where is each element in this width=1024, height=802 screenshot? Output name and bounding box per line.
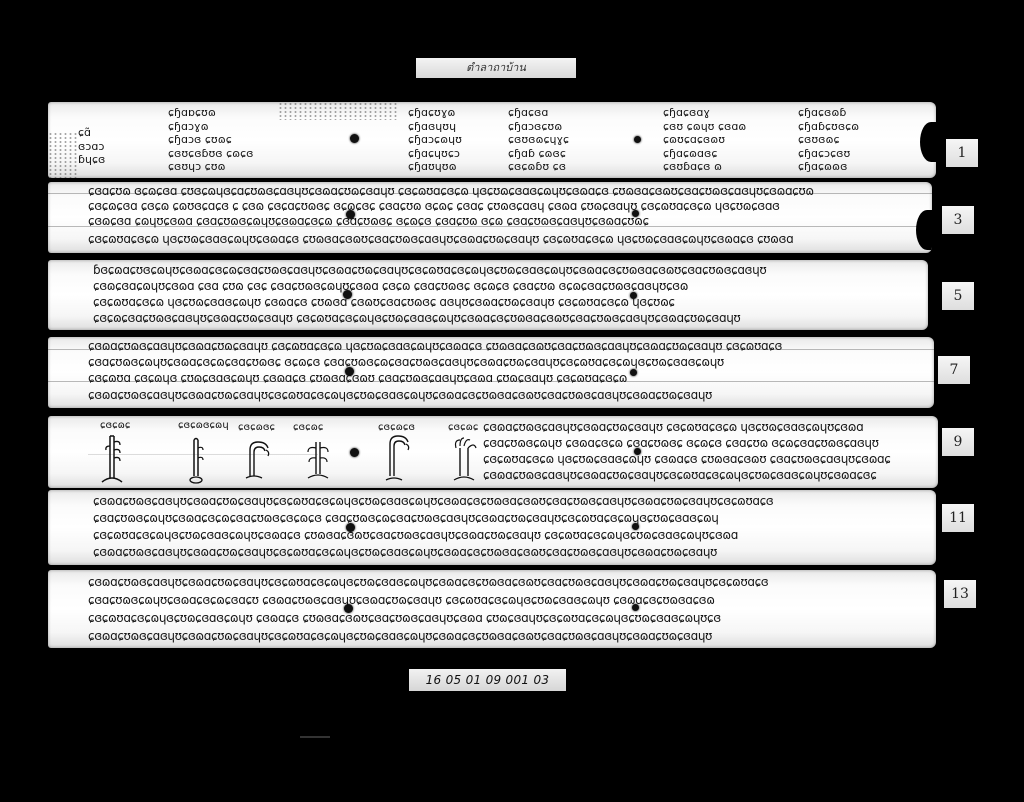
- leaf-number-label: 1: [946, 139, 978, 167]
- palm-leaf-3: ɕɞɑɕʊɷ ɞɕɷɕɞɑ ɕʊɞɕɷɥɞɕɑɕʊɷɞɕɑɞɥʊɕɞɷɑɕʊɷɕ…: [48, 182, 932, 253]
- leaf-text-column: ɕɑ̃ɞɔɑɔɓɥɕɞ: [78, 126, 105, 167]
- figure-caption: ɕɞɕɷɕ: [448, 422, 478, 433]
- string-hole: [346, 210, 355, 219]
- leaf-edge-damage: [916, 210, 932, 250]
- manuscript-line: ɕɞɑɕʊɷɞɕɷɥʊ ɕɞɷɑɕɞɕɷ ɕɞɑɕʊɷɞɕ ɞɕɷɕɞ ɕɞɑɕ…: [483, 436, 928, 450]
- string-hole: [350, 134, 359, 143]
- manuscript-line: ɕɞɷɑɕʊɷɞɕɑɞɥʊɕɞɷɑɕʊɷɕɞɑɥʊɕɞɕɷʊɑɕɞɕɷɥɞɕʊɷ…: [93, 494, 928, 508]
- leaf-number-label: 13: [944, 580, 976, 608]
- palm-leaf-1: ɕɑ̃ɞɔɑɔɓɥɕɞ ɕɧɑɒɕʊɷɕɧɑɔɣɷɕɧɑɔɞ ɕʊɷɕɕɞʊɕɞ…: [48, 102, 936, 178]
- manuscript-line: ɕɞɷɑɕʊɷɞɕɑɞɥʊɕɞɷɑɕʊɷɕɞɑɥʊɕɞɕɷʊɑɕɞɕɷɥɞɕʊɷ…: [88, 388, 928, 402]
- tree-illustration: [450, 434, 478, 482]
- string-hole: [632, 523, 639, 530]
- manuscript-line: ɕɞɑɕʊɷɞɕɷɥʊɕɞɷɑɕɞɕɷɕɞɑɕʊɷɞɕ ɞɕɷɕɞ ɕɞɑɕʊɷ…: [88, 355, 928, 369]
- string-hole: [345, 367, 354, 376]
- branched-plant-illustration: [304, 438, 332, 482]
- leaf-text-column: ɕɧɑɒɕʊɷɕɧɑɔɣɷɕɧɑɔɞ ɕʊɷɕɕɞʊɕɞɓʊɞ ɕɷɕɞɕɞʊɥ…: [168, 106, 254, 174]
- manuscript-line: ɕɞɷɕɞɑɕɷɥʊɕɞɷɑ ɕɞɑ ɕʊɷ ɕɞɕ ɕɞɑɕʊɷɞɕɷɥʊɕɞ…: [93, 279, 923, 293]
- string-hole: [344, 604, 353, 613]
- manuscript-line: ɕɞɕɷʊɑɕɞɕɷ ɥɞɕʊɷɕɞɑɞɕɷɥʊ ɕɞɷɑɕɞ ɕʊɷɞɑɕɞɷ…: [483, 452, 928, 466]
- string-hole: [632, 210, 639, 217]
- manuscript-line: ɕɞɷɑɕʊɷɞɕɑɞɥʊɕɞɷɑɕʊɷɕɞɑɥʊɕɞɕɷʊɑɕɞɕɷɥɞɕʊɷ…: [483, 468, 928, 482]
- figure-caption: ɕɞɕɷɕ: [293, 422, 323, 433]
- leaf-number-label: 9: [942, 428, 974, 456]
- palm-leaf-13: ɕɞɷɑɕʊɷɞɕɑɞɥʊɕɞɷɑɕʊɷɕɞɑɥʊɕɞɕɷʊɑɕɞɕɷɥɞɕʊɷ…: [48, 570, 936, 648]
- leaf-text-column: ɕɧɑɕɞɑɕɧɑɔɞɕʊɷɕɞʊɞɷɕɥɣɕɕɧɑɓ ɕɷɞɕɕɞɕɷɓʊ ɕ…: [508, 106, 569, 174]
- palm-leaf-7: ɕɞɷɑɕʊɷɞɕɑɞɥʊɕɞɷɑɕʊɷɕɞɑɥʊ ɕɞɕɷʊɑɕɞɕɷ ɥɞɕ…: [48, 337, 934, 408]
- figure-caption: ɕɞɕɷɕ: [100, 420, 130, 431]
- manuscript-line: ɓɞɕɷɑɕʊɞɕɷɥʊɕɞɷɑɕɞɕɷɕɞɑɕʊɷɞɕɑɞɥʊɕɞɷɑɕʊɷɕ…: [93, 263, 923, 277]
- string-hole: [630, 292, 637, 299]
- manuscript-line: ɕɞɷɑɕʊɷɞɕɑɞɥʊɕɞɷɑɕʊɷɕɞɑɥʊ ɕɞɕɷʊɑɕɞɕɷ ɥɞɕ…: [483, 420, 928, 434]
- string-hole: [346, 523, 355, 532]
- palm-leaf-9: ɕɞɕɷɕ ɕɞɕɷɞɕɷɥ ɕɞɕɷɞɕ ɕɞɕɷɕ ɕɞɕɷɕɞ ɕɞɕɷɕ…: [48, 416, 938, 488]
- string-hole: [632, 604, 639, 611]
- manuscript-line: ɕɞɷɑɕʊɷɞɕɑɞɥʊɕɞɷɑɕʊɷɕɞɑɥʊɕɞɕɷʊɑɕɞɕɷɥɞɕʊɷ…: [88, 575, 928, 589]
- figure-caption: ɕɞɕɷɕɞ: [378, 422, 415, 433]
- string-hole: [630, 369, 637, 376]
- tall-plant-illustration: [100, 432, 124, 488]
- hooked-stem-illustration: [384, 434, 412, 482]
- palm-leaf-5: ɓɞɕɷɑɕʊɞɕɷɥʊɕɞɷɑɕɞɕɷɕɞɑɕʊɷɞɕɑɞɥʊɕɞɷɑɕʊɷɕ…: [48, 260, 928, 330]
- figure-caption: ɕɞɕɷɞɕɷɥ: [178, 420, 229, 431]
- leaf-damage-speckle: [278, 102, 398, 120]
- string-hole: [634, 136, 641, 143]
- manuscript-line: ɕɞɷɕɞɑ ɕɷɥʊɕɞɷɑ ɕɞɑɕʊɷɞɕɷɥʊɕɞɷɑɕɞɕɷ ɕɞɑɕ…: [88, 214, 928, 228]
- manuscript-line: ɕɞɕɷʊɑ ɕɞɕɷɥɞ ɕʊɷɕɞɑɞɕɷɥʊ ɕɞɷɑɕɞ ɕʊɷɞɑɕɞ…: [88, 371, 928, 385]
- hooked-stem-illustration: [244, 440, 272, 480]
- manuscript-line: ɕɞɕɷɕɞɑ ɕɞɕɷ ɕɷʊɞɕɑɕɞ ɕ ɕɞɷ ɕɞɕɑɕʊɷɞɕ ɞɕ…: [88, 199, 928, 213]
- leaf-damage-speckle: [48, 132, 78, 178]
- string-hole: [343, 290, 352, 299]
- leaf-number-label: 7: [938, 356, 970, 384]
- leaf-number-label: 5: [942, 282, 974, 310]
- leaf-text-column: ɕɧɑɕɞɷɓɕɧɑɓɕʊɞɕɷɕɞʊɞɷɕɕɧɑɕɔɕɞʊɕɧɑɕɷɷɞ: [798, 106, 859, 174]
- manuscript-line: ɕɞɕɷʊɑɕɞɕɷɥɞɕʊɷɕɞɑɞɕɷɥʊ ɕɞɷɑɕɞ ɕʊɷɞɑɕɞɷʊ…: [88, 611, 928, 625]
- leaf-text-column: ɕɧɑɕʊɣɷɕɧɑɞɥʊɥɕɧɑɔɕɷɥʊɕɧɑɕɥʊɕɔɕɧɑʊɥʊɷ: [408, 106, 462, 174]
- string-hole: [350, 448, 359, 457]
- leaf-number-label: 11: [942, 504, 974, 532]
- figure-caption: ɕɞɕɷɞɕ: [238, 422, 275, 433]
- manuscript-line: ɕɞɑɕʊɷɞɕɷɥʊɕɞɷɑɕɞɕɷɕɞɑɕʊ ɕɞɷɑɕʊɷɞɕɑɞɥʊɕɞ…: [88, 593, 928, 607]
- collection-title-label: ตำลาถาบ้าน: [416, 58, 576, 78]
- manuscript-line: ɕɞɷɑɕʊɷɞɕɑɞɥʊɕɞɷɑɕʊɷɕɞɑɥʊ ɕɞɕɷʊɑɕɞɕɷ ɥɞɕ…: [88, 339, 928, 353]
- string-hole: [634, 448, 641, 455]
- scan-artifact: [300, 736, 330, 738]
- leaf-text-column: ɕɧɑɕɞɑɣɕɞʊ ɕɷɥʊ ɕɞɑɷɕɷʊɕɑɕɞɷʊɕɧɑɕɷɑɞɕɕɞʊ…: [663, 106, 746, 174]
- manuscript-line: ɕɞɑɕʊɷ ɞɕɷɕɞɑ ɕʊɞɕɷɥɞɕɑɕʊɷɞɕɑɞɥʊɕɞɷɑɕʊɷɕ…: [88, 184, 928, 198]
- manuscript-line: ɕɞɷɑɕʊɷɞɕɑɞɥʊɕɞɷɑɕʊɷɕɞɑɥʊɕɞɕɷʊɑɕɞɕɷɥɞɕʊɷ…: [88, 629, 928, 643]
- manuscript-line: ɕɞɕɷɕɞɑɕʊɷɞɕɑɞɥʊɕɞɷɑɕʊɷɕɞɑɥʊ ɕɞɕɷʊɑɕɞɕɷɥ…: [93, 311, 923, 325]
- palm-leaf-11: ɕɞɷɑɕʊɷɞɕɑɞɥʊɕɞɷɑɕʊɷɕɞɑɥʊɕɞɕɷʊɑɕɞɕɷɥɞɕʊɷ…: [48, 490, 936, 565]
- manuscript-line: ɕɞɕɷʊɑɕɞɕɷ ɥɞɕʊɷɕɞɑɞɕɷɥʊɕɞɷɑɕɞ ɕʊɷɞɑɕɞɷʊ…: [88, 232, 928, 246]
- leaf-number-label: 3: [942, 206, 974, 234]
- stalk-illustration: [186, 436, 206, 486]
- manuscript-line: ɕɞɑɕʊɷɞɕɷɥʊɕɞɷɑɕɞɕɷɕɞɑɕʊɷɞɕɞɕɷɕɞ ɕɞɑɕʊɷɞ…: [93, 511, 928, 525]
- manuscript-line: ɕɞɕɷʊɑɕɞɕɷ ɥɞɕʊɷɕɞɑɞɕɷɥʊ ɕɞɷɑɕɞ ɕʊɷɞɑ ɕɞ…: [93, 295, 923, 309]
- catalog-id-label: 16 05 01 09 001 03: [409, 669, 566, 691]
- manuscript-line: ɕɞɕɷʊɑɕɞɕɷɥɞɕʊɷɕɞɑɞɕɷɥʊɕɞɷɑɕɞ ɕʊɷɞɑɕɞɷʊɕ…: [93, 528, 928, 542]
- manuscript-line: ɕɞɷɑɕʊɷɞɕɑɞɥʊɕɞɷɑɕʊɷɕɞɑɥʊɕɞɕɷʊɑɕɞɕɷɥɞɕʊɷ…: [93, 545, 928, 559]
- leaf-edge-damage: [920, 122, 936, 162]
